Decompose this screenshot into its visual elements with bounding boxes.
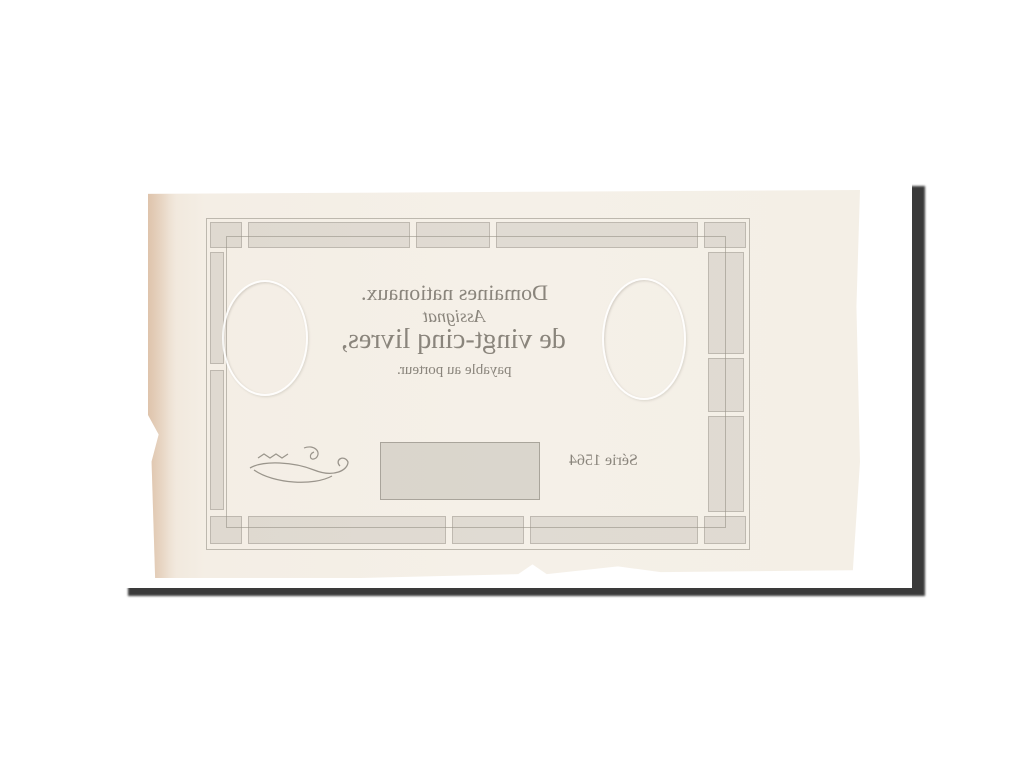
series-number: Série 1564 xyxy=(548,452,658,470)
border-panel xyxy=(210,222,242,248)
border-panel xyxy=(708,416,744,512)
text-line: Série 1564 xyxy=(569,452,638,470)
border-panel xyxy=(248,222,410,248)
border-panel xyxy=(708,252,744,354)
text-payable: payable au porteur. xyxy=(320,362,588,379)
border-panel xyxy=(708,358,744,412)
text-domaines: Domaines nationaux. xyxy=(320,280,588,306)
border-panel xyxy=(210,516,242,544)
text-line: payable au porteur. xyxy=(397,362,512,379)
text-value: de vingt-cinq livres, xyxy=(308,324,598,356)
text-line: de vingt-cinq livres, xyxy=(341,324,566,356)
text-line: Domaines nationaux. xyxy=(361,280,548,306)
border-panel xyxy=(248,516,446,544)
right-medallion-emboss xyxy=(602,278,686,400)
border-panel xyxy=(416,222,490,248)
seal-box xyxy=(380,442,540,500)
border-panel xyxy=(704,222,746,248)
border-panel xyxy=(530,516,698,544)
border-panel xyxy=(452,516,524,544)
border-panel xyxy=(704,516,746,544)
border-panel xyxy=(496,222,698,248)
border-panel xyxy=(210,370,224,510)
signature-icon xyxy=(244,440,356,490)
banknote: Domaines nationaux. Assignat de vingt-ci… xyxy=(148,190,860,578)
left-medallion-emboss xyxy=(222,280,308,396)
